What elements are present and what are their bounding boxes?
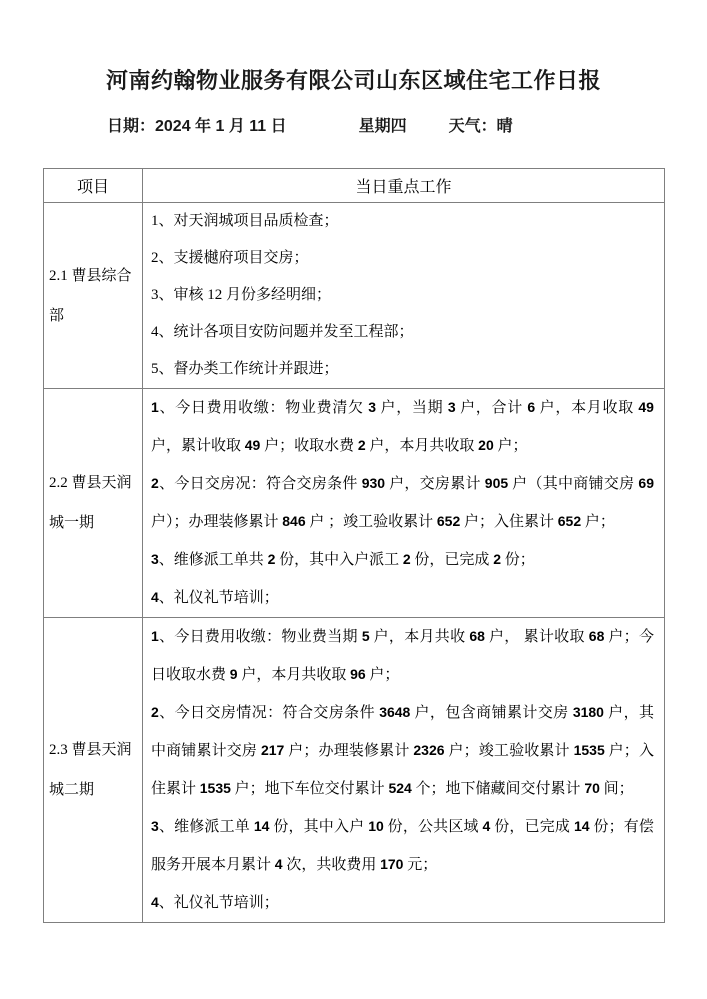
- work-items-cell: 1、对天润城项目品质检查； 2、支援樾府项目交房； 3、审核 12 月份多经明细…: [143, 203, 665, 389]
- work-item: 2、支援樾府项目交房；: [151, 240, 654, 277]
- weekday-value: 星期四: [359, 118, 407, 135]
- work-item: 2、今日交房情况：符合交房条件 3648 户，包含商铺累计交房 3180 户，其…: [151, 694, 654, 808]
- work-item: 4、统计各项目安防问题并发至工程部；: [151, 314, 654, 351]
- project-cell: 2.2 曹县天润城一期: [44, 389, 143, 618]
- header-cell-project: 项目: [44, 169, 143, 203]
- date-value: 日期：2024 年 1 月 11 日: [107, 118, 287, 135]
- work-item: 1、对天润城项目品质检查；: [151, 203, 654, 240]
- table-header-row: 项目 当日重点工作: [44, 169, 665, 203]
- page-title: 河南约翰物业服务有限公司山东区域住宅工作日报: [0, 64, 707, 95]
- work-items-cell: 1、今日费用收缴：物业费清欠 3 户，当期 3 户，合计 6 户，本月收取 49…: [143, 389, 665, 618]
- work-item: 4、礼仪礼节培训；: [151, 579, 654, 617]
- work-item: 1、今日费用收缴：物业费清欠 3 户，当期 3 户，合计 6 户，本月收取 49…: [151, 389, 654, 465]
- project-cell: 2.3 曹县天润城二期: [44, 618, 143, 923]
- work-item: 3、审核 12 月份多经明细；: [151, 277, 654, 314]
- table-row: 2.1 曹县综合部 1、对天润城项目品质检查； 2、支援樾府项目交房； 3、审核…: [44, 203, 665, 389]
- work-item: 3、维修派工单 14 份，其中入户 10 份，公共区域 4 份，已完成 14 份…: [151, 808, 654, 884]
- work-item: 4、礼仪礼节培训；: [151, 884, 654, 922]
- table-row: 2.3 曹县天润城二期 1、今日费用收缴：物业费当期 5 户，本月共收 68 户…: [44, 618, 665, 923]
- report-table: 项目 当日重点工作 2.1 曹县综合部 1、对天润城项目品质检查； 2、支援樾府…: [43, 168, 665, 923]
- weather-value: 天气：晴: [449, 118, 513, 135]
- date-line: 日期：2024 年 1 月 11 日星期四天气：晴: [107, 113, 707, 136]
- work-items-cell: 1、今日费用收缴：物业费当期 5 户，本月共收 68 户， 累计收取 68 户；…: [143, 618, 665, 923]
- header-cell-work: 当日重点工作: [143, 169, 665, 203]
- table-row: 2.2 曹县天润城一期 1、今日费用收缴：物业费清欠 3 户，当期 3 户，合计…: [44, 389, 665, 618]
- work-item: 3、维修派工单共 2 份，其中入户派工 2 份，已完成 2 份；: [151, 541, 654, 579]
- work-item: 2、今日交房况：符合交房条件 930 户，交房累计 905 户（其中商铺交房 6…: [151, 465, 654, 541]
- work-item: 1、今日费用收缴：物业费当期 5 户，本月共收 68 户， 累计收取 68 户；…: [151, 618, 654, 694]
- work-item: 5、督办类工作统计并跟进；: [151, 351, 654, 388]
- project-cell: 2.1 曹县综合部: [44, 203, 143, 389]
